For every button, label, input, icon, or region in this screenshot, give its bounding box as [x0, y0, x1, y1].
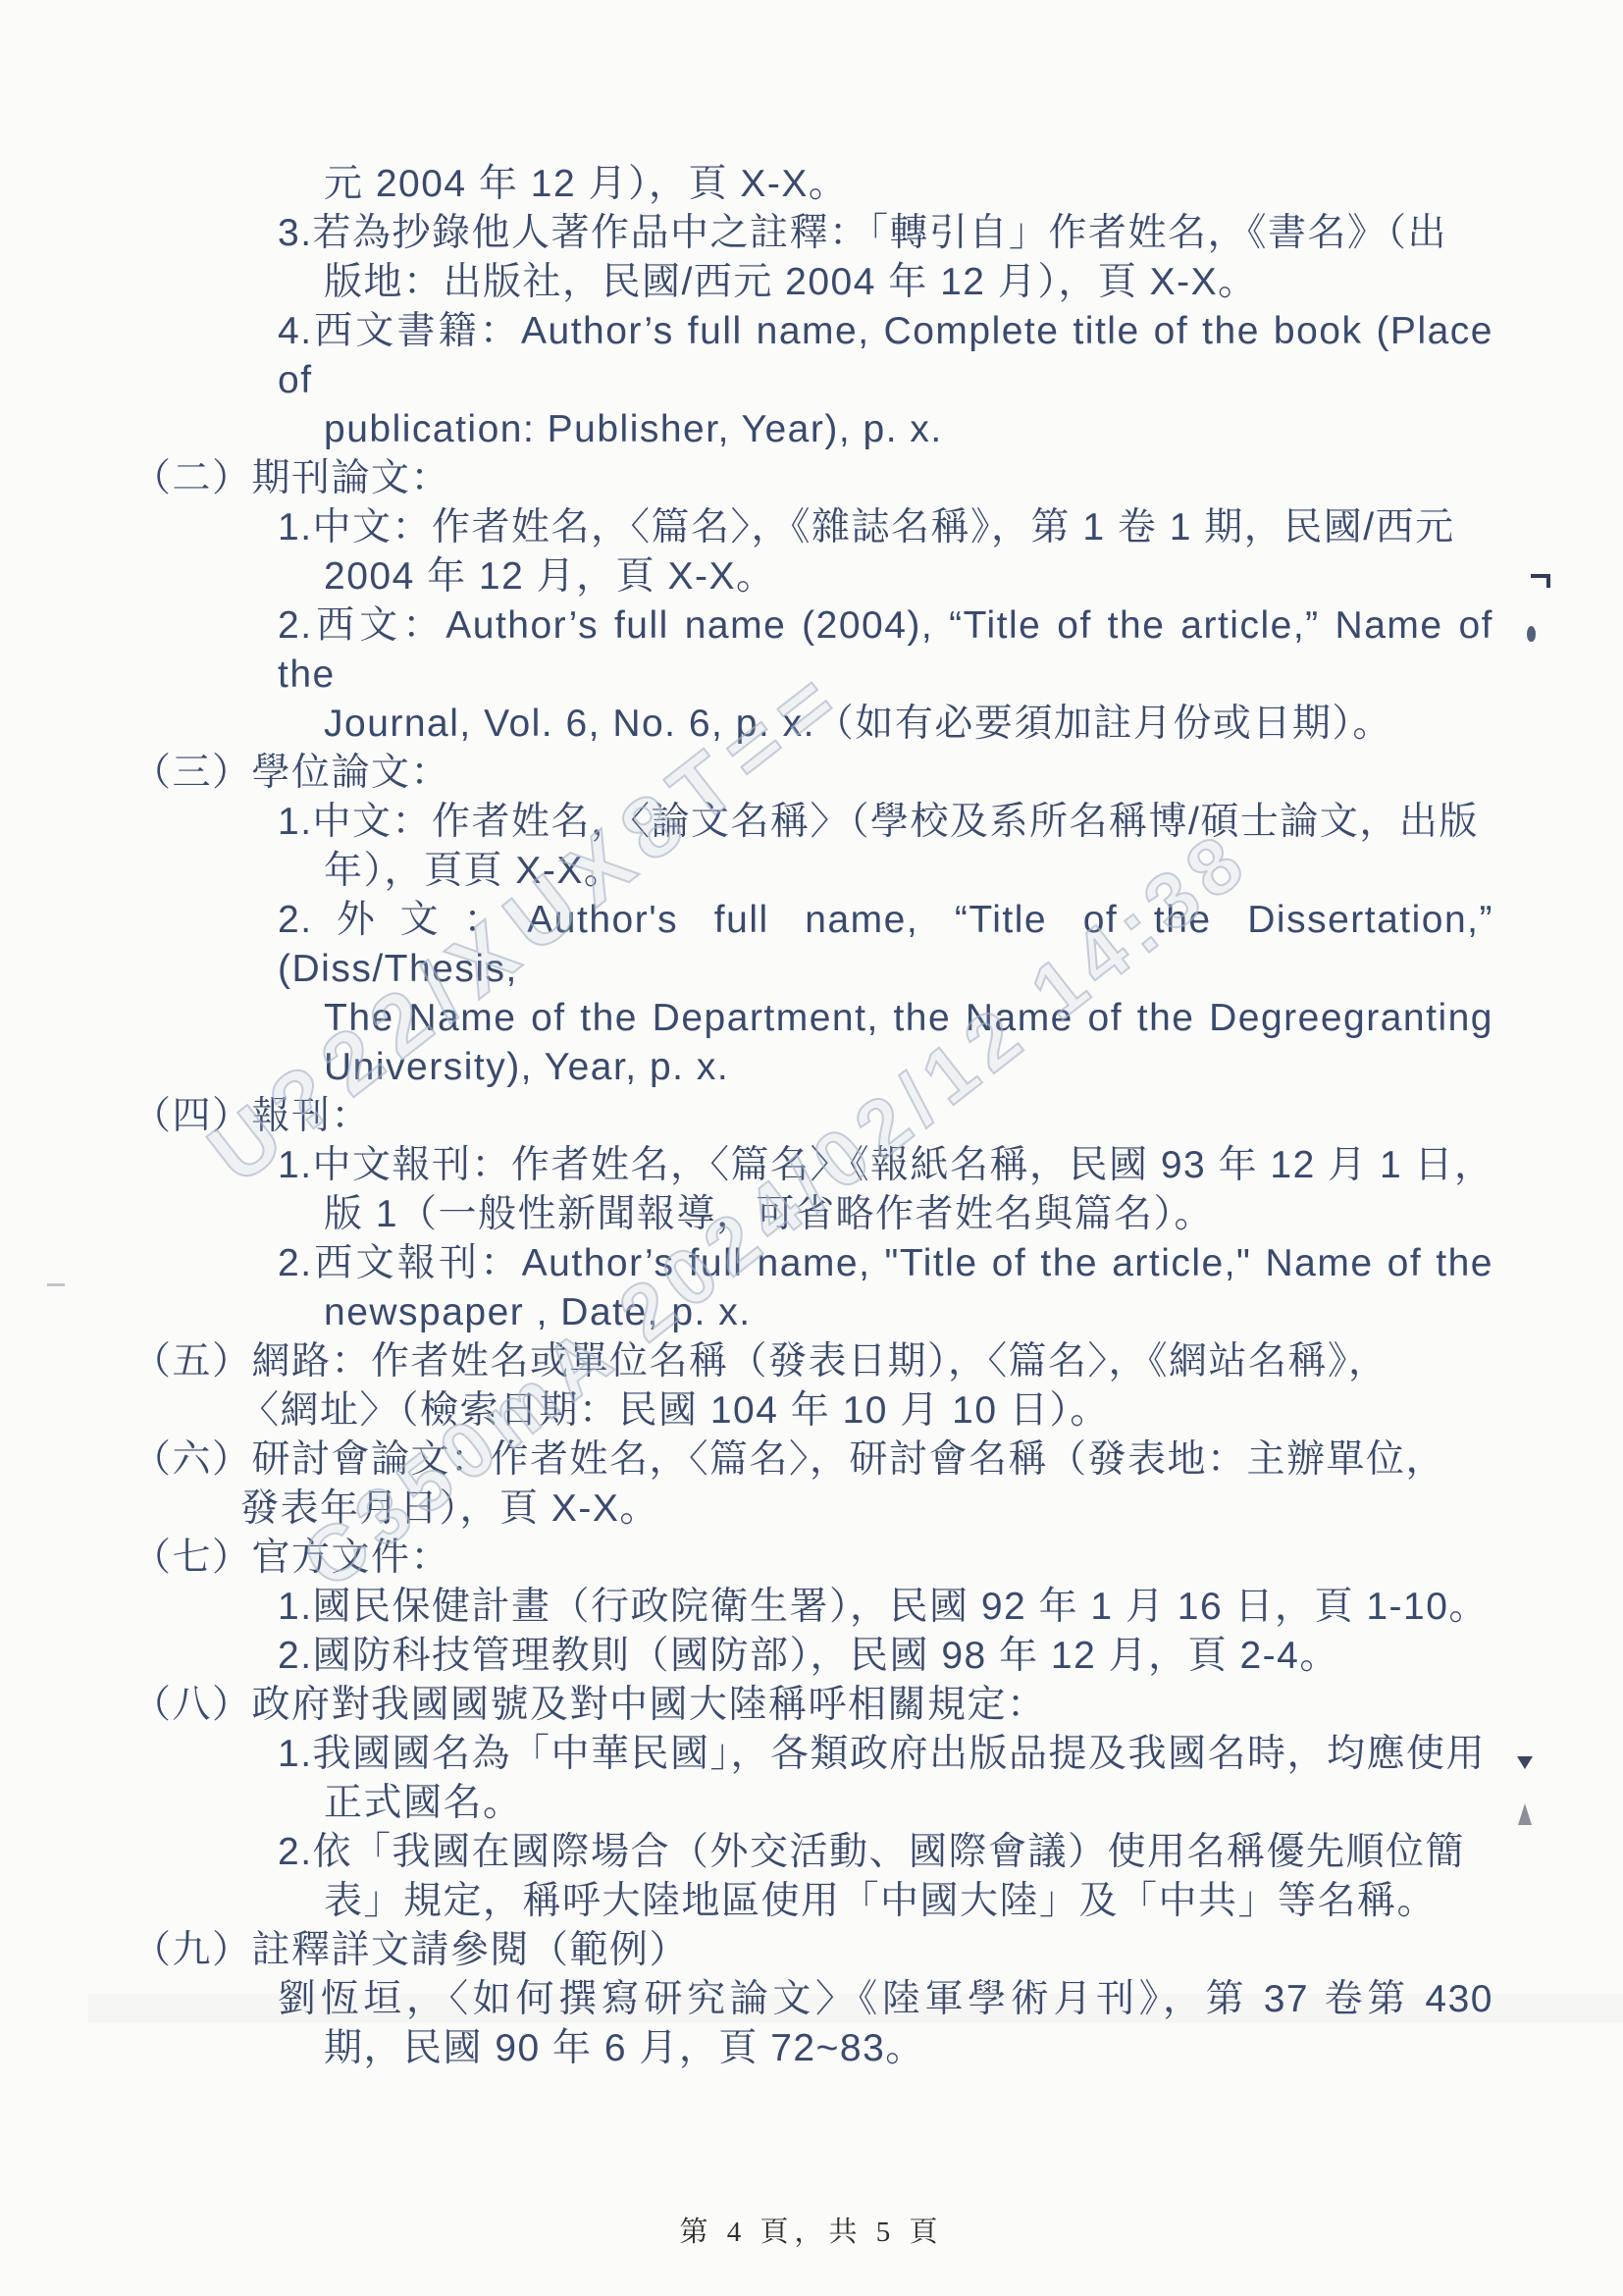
text-line: 1.我國國名為「中華民國」，各類政府出版品提及我國名時，均應使用	[0, 1730, 1623, 1779]
text-line: 2.依「我國在國際場合（外交活動、國際會議）使用名稱優先順位簡	[0, 1828, 1623, 1877]
text-line: 版 1（一般性新聞報導，可省略作者姓名與篇名）。	[0, 1190, 1623, 1239]
text-line: 3.若為抄錄他人著作品中之註釋：「轉引自」作者姓名，《書名》（出	[0, 209, 1623, 258]
text-line: 1.中文報刊：作者姓名，〈篇名〉《報紙名稱，民國 93 年 12 月 1 日，	[0, 1141, 1623, 1190]
text-line: 1.中文：作者姓名，〈篇名〉，《雜誌名稱》，第 1 卷 1 期，民國/西元	[0, 503, 1623, 552]
scan-artifact-hook	[1531, 574, 1550, 588]
text-line: （五）網路：作者姓名或單位名稱（發表日期），〈篇名〉，《網站名稱》，	[0, 1337, 1623, 1386]
scan-artifact-cone	[1518, 1803, 1532, 1825]
scan-artifact-speck	[1527, 626, 1536, 642]
text-line: 正式國名。	[0, 1779, 1623, 1828]
text-line: 4.西文書籍：Author’s full name, Complete titl…	[0, 307, 1623, 405]
text-line: 2.西文：Author’s full name (2004), “Title o…	[0, 601, 1623, 700]
scanned-document-page: U?22/XUX8T== C350mA 2024/02/12 14:38 元 2…	[0, 0, 1623, 2296]
text-line: （四）報刊：	[0, 1092, 1623, 1141]
text-line: 元 2004 年 12 月），頁 X-X。	[0, 160, 1623, 209]
text-line: （七）官方文件：	[0, 1534, 1623, 1583]
text-line: （六）研討會論文：作者姓名，〈篇名〉，研討會名稱（發表地：主辦單位，	[0, 1435, 1623, 1485]
text-line: 1.中文：作者姓名，〈論文名稱〉（學校及系所名稱博/碩士論文，出版	[0, 798, 1623, 847]
text-line: 2.國防科技管理教則（國防部），民國 98 年 12 月，頁 2-4。	[0, 1632, 1623, 1681]
text-line: 〈網址〉（檢索日期：民國 104 年 10 月 10 日）。	[0, 1386, 1623, 1435]
text-line: 期，民國 90 年 6 月，頁 72~83。	[0, 2024, 1623, 2073]
text-line: （三）學位論文：	[0, 749, 1623, 798]
text-line: 2.西文報刊：Author’s full name, "Title of the…	[0, 1239, 1623, 1288]
text-line: Journal, Vol. 6, No. 6, p. x.（如有必要須加註月份或…	[0, 700, 1623, 749]
text-line: 發表年月日），頁 X-X。	[0, 1485, 1623, 1534]
text-line: （九）註釋詳文請參閱（範例）	[0, 1926, 1623, 1975]
text-line: 劉恆垣，〈如何撰寫研究論文〉《陸軍學術月刊》，第 37 卷第 430	[0, 1975, 1623, 2024]
text-line: （八）政府對我國國號及對中國大陸稱呼相關規定：	[0, 1681, 1623, 1730]
text-line: 年），頁頁 X-X。	[0, 847, 1623, 896]
text-line: 2.外文：Author's full name, “Title of the D…	[0, 896, 1623, 994]
text-line: 表」規定，稱呼大陸地區使用「中國大陸」及「中共」等名稱。	[0, 1877, 1623, 1926]
scan-artifact-dash	[47, 1283, 65, 1286]
text-line: publication: Publisher, Year), p. x.	[0, 405, 1623, 454]
text-line: newspaper , Date, p. x.	[0, 1288, 1623, 1337]
scan-artifact-triangle	[1517, 1756, 1533, 1769]
page-number: 第 4 頁，共 5 頁	[0, 2210, 1623, 2250]
document-body: 元 2004 年 12 月），頁 X-X。3.若為抄錄他人著作品中之註釋：「轉引…	[0, 160, 1623, 2073]
text-line: 版地：出版社，民國/西元 2004 年 12 月），頁 X-X。	[0, 258, 1623, 307]
text-line: University), Year, p. x.	[0, 1043, 1623, 1092]
text-line: 2004 年 12 月，頁 X-X。	[0, 552, 1623, 601]
text-line: （二）期刊論文：	[0, 454, 1623, 503]
text-line: 1.國民保健計畫（行政院衛生署），民國 92 年 1 月 16 日，頁 1-10…	[0, 1583, 1623, 1632]
text-line: The Name of the Department, the Name of …	[0, 994, 1623, 1043]
